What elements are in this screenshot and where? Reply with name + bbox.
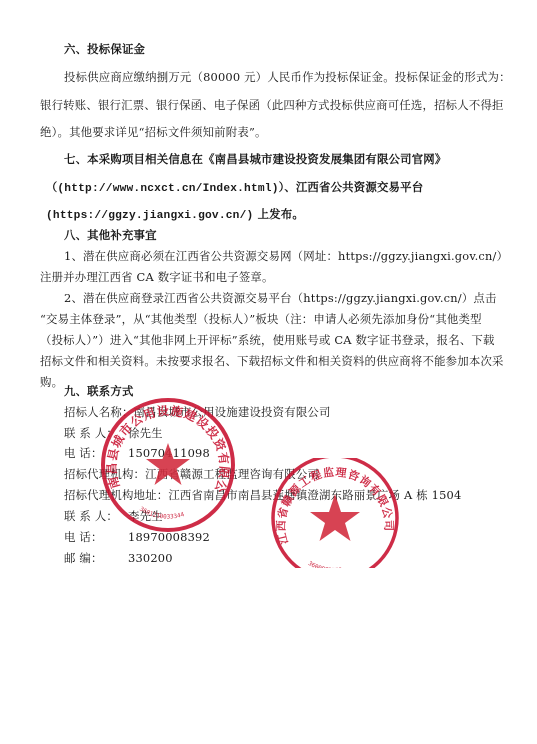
contact-row-person-2: 联 系 人：李先生 <box>64 509 163 523</box>
section-6-text-line: 绝）。其他要求详见“招标文件须知前附表”。 <box>40 125 267 139</box>
contact-row-agency: 招标代理机构：江西省赣源工程监理咨询有限公司 <box>64 467 319 481</box>
section-8-text-line: 1、潜在供应商必须在江西省公共资源交易网（网址：https://ggzy.jia… <box>64 249 508 263</box>
section-8-text-line: 购。 <box>40 375 63 389</box>
contact-label: 招标人名称： <box>64 405 134 419</box>
svg-text:3600073752: 3600073752 <box>307 560 343 568</box>
contact-value: 李先生 <box>128 509 163 523</box>
section-6-text-line: 银行转账、银行汇票、银行保函、电子保函（此四种方式投标供应商可任选，招标人不得拒 <box>40 98 504 112</box>
contact-value: 330200 <box>128 551 173 565</box>
section-8-heading: 八、其他补充事宜 <box>64 228 157 242</box>
contact-label: 招标代理机构地址： <box>64 488 168 502</box>
contact-value: 江西省赣源工程监理咨询有限公司 <box>145 467 319 481</box>
section-8-text-line: （投标人）”）进入“其他非网上开评标”系统，使用账号或 CA 数字证书登录，报名… <box>40 333 495 347</box>
section-8-text-line: 注册并办理江西省 CA 数字证书和电子签章。 <box>40 270 274 284</box>
platform-name: 江西省公共资源交易平台 <box>296 180 424 194</box>
contact-label: 联 系 人： <box>64 509 128 523</box>
contact-value: 徐先生 <box>128 426 163 440</box>
section-8-text-line: 招标文件和相关资料。未按要求报名、下载招标文件和相关资料的供应商将不能参加本次采 <box>40 354 504 368</box>
contact-row-phone-2: 电 话：18970008392 <box>64 530 210 544</box>
section-6-heading: 六、投标保证金 <box>64 42 145 56</box>
contact-label: 邮 编： <box>64 551 128 565</box>
section-8-text-line: 2、潜在供应商登录江西省公共资源交易平台（https://ggzy.jiangx… <box>64 291 497 305</box>
contact-value: 江西省南昌市南昌县莲塘镇澄湖东路丽景广场 A 栋 1504 <box>168 488 461 502</box>
contact-value: 南昌县城市公用设施建设投资有限公司 <box>134 405 331 419</box>
contact-row-tenderer: 招标人名称：南昌县城市公用设施建设投资有限公司 <box>64 405 331 419</box>
contact-label: 联 系 人： <box>64 426 128 440</box>
platform-link[interactable]: (https://ggzy.jiangxi.gov.cn/) <box>46 210 253 222</box>
contact-label: 电 话： <box>64 530 128 544</box>
contact-row-phone-1: 电 话：15070411098 <box>64 446 210 460</box>
contact-row-postcode: 邮 编：330200 <box>64 551 173 565</box>
publish-suffix: 上发布。 <box>253 207 304 221</box>
contact-row-agency-address: 招标代理机构地址：江西省南昌市南昌县莲塘镇澄湖东路丽景广场 A 栋 1504 <box>64 488 461 502</box>
section-8-text-line: “交易主体登录”，从“其他类型（投标人）”板块（注：申请人必须先添加身份“其他类… <box>40 312 482 326</box>
contact-label: 招标代理机构： <box>64 467 145 481</box>
section-6-text-line: 投标供应商应缴纳捌万元（80000 元）人民币作为投标保证金。投标保证金的形式为… <box>64 70 511 84</box>
section-7-line-3: (https://ggzy.jiangxi.gov.cn/) 上发布。 <box>46 207 304 223</box>
contact-value: 15070411098 <box>128 446 210 460</box>
section-7-line-2: （(http://www.ncxct.cn/Index.html)）、江西省公共… <box>46 180 423 196</box>
section-9-heading: 九、联系方式 <box>64 384 134 398</box>
contact-value: 18970008392 <box>128 530 210 544</box>
contact-label: 电 话： <box>64 446 128 460</box>
contact-row-person-1: 联 系 人：徐先生 <box>64 426 163 440</box>
section-7-heading: 七、本采购项目相关信息在《南昌县城市建设投资发展集团有限公司官网》 <box>64 152 447 166</box>
official-site-link[interactable]: （(http://www.ncxct.cn/Index.html)）、 <box>46 183 296 195</box>
